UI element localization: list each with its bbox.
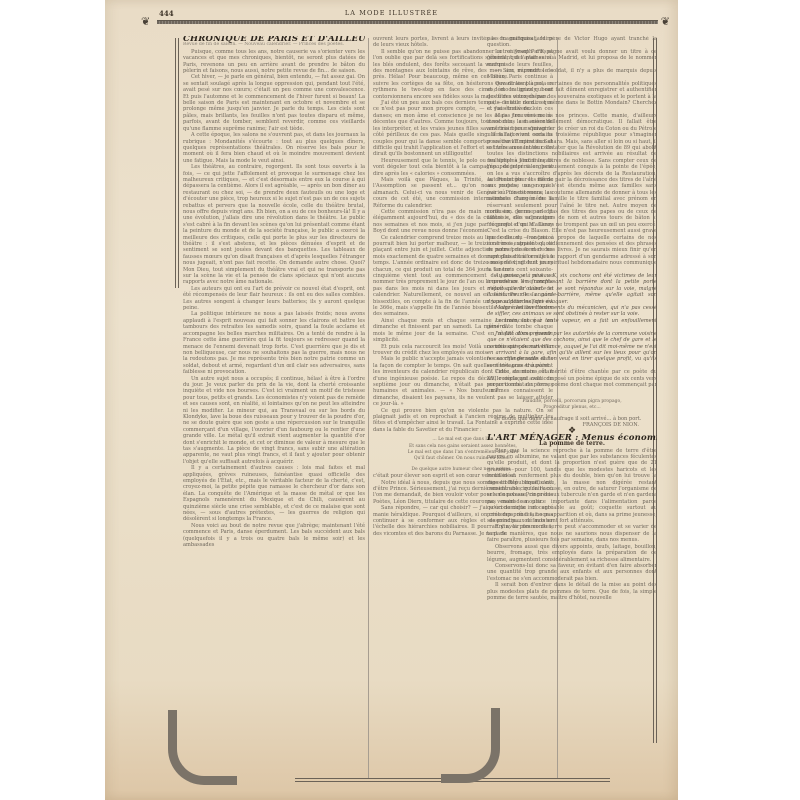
paragraph: — Sire, répondit le soldat, il n'y a plu… [487,68,657,81]
paragraph: Cet hiver, — je parle en général, bien e… [183,74,365,132]
paragraph: Puisque, comme tous les ans, notre cause… [183,49,365,75]
quoted-report: Le train, lancé à toute vapeur, en a fai… [487,318,657,331]
paragraph: Conservons-lui donc sa faveur, en évitan… [487,563,657,582]
header-rule [157,20,658,24]
paragraph: Le roi Joseph d'Espagne avait voulu donn… [487,49,657,68]
paragraph: Que diraient à cela certaines de nos per… [487,81,657,113]
paragraph: Bien que la science reproche à la pomme … [487,448,657,525]
quoted-report: Malgré les avertissements du mécanicien,… [487,305,657,318]
paragraph: A cette époque, les salons ne s'ouvrent … [183,132,365,164]
paragraph: Enfin, la pomme de terre peut s'accommod… [487,524,657,543]
paragraph: Les théâtres, au contraire, regorgent. I… [183,164,365,286]
frame-border-left [175,38,179,288]
quoted-report: J'ai fait alors prévenir par les autorit… [487,331,657,369]
paragraph: Un autre sujet nous a occupés; il contin… [183,376,365,466]
journal-title: LA MODE ILLUSTRÉE [105,9,678,17]
paragraph: Il serait bon d'entrer dans le détail de… [487,582,657,601]
page-header: ❦ 444 LA MODE ILLUSTRÉE ❦ [105,8,678,28]
paragraph: Les auteurs qui ont eu l'art de prévoir … [183,286,365,312]
paragraph: Il y a certainement d'autres causes : lo… [183,465,365,523]
poem-line: Progreditur plenus, etc... [487,405,657,411]
column-divider [368,38,369,778]
paragraph: La politique intérieure ne nous a pas la… [183,311,365,375]
paragraph: pas du marquisat, le père de Victor Hugo… [487,36,657,49]
column-3-content: pas du marquisat, le père de Victor Hugo… [487,36,657,776]
paragraph: Mais j'en reviens à nos princes. Cette m… [487,113,657,273]
chronique-summary: Revue de fin de saison. — Nouveau calend… [183,42,365,48]
column-1: CHRONIQUE DE PARIS ET D'AILLEURS Revue d… [183,36,365,776]
latin-verse: Plaudite, porcelli, porcorum pigra propa… [487,399,657,412]
paragraph: Cette aventure eût mérité d'être chantée… [487,369,657,395]
paragraph: Observons aussi que divers appoints, œuf… [487,544,657,563]
quoted-report: Au passage à niveau K, six cochons ont é… [487,273,657,305]
paragraph: Nous voici au bout de notre revue que j'… [183,523,365,549]
floral-ornament-icon: ❦ [661,15,670,28]
